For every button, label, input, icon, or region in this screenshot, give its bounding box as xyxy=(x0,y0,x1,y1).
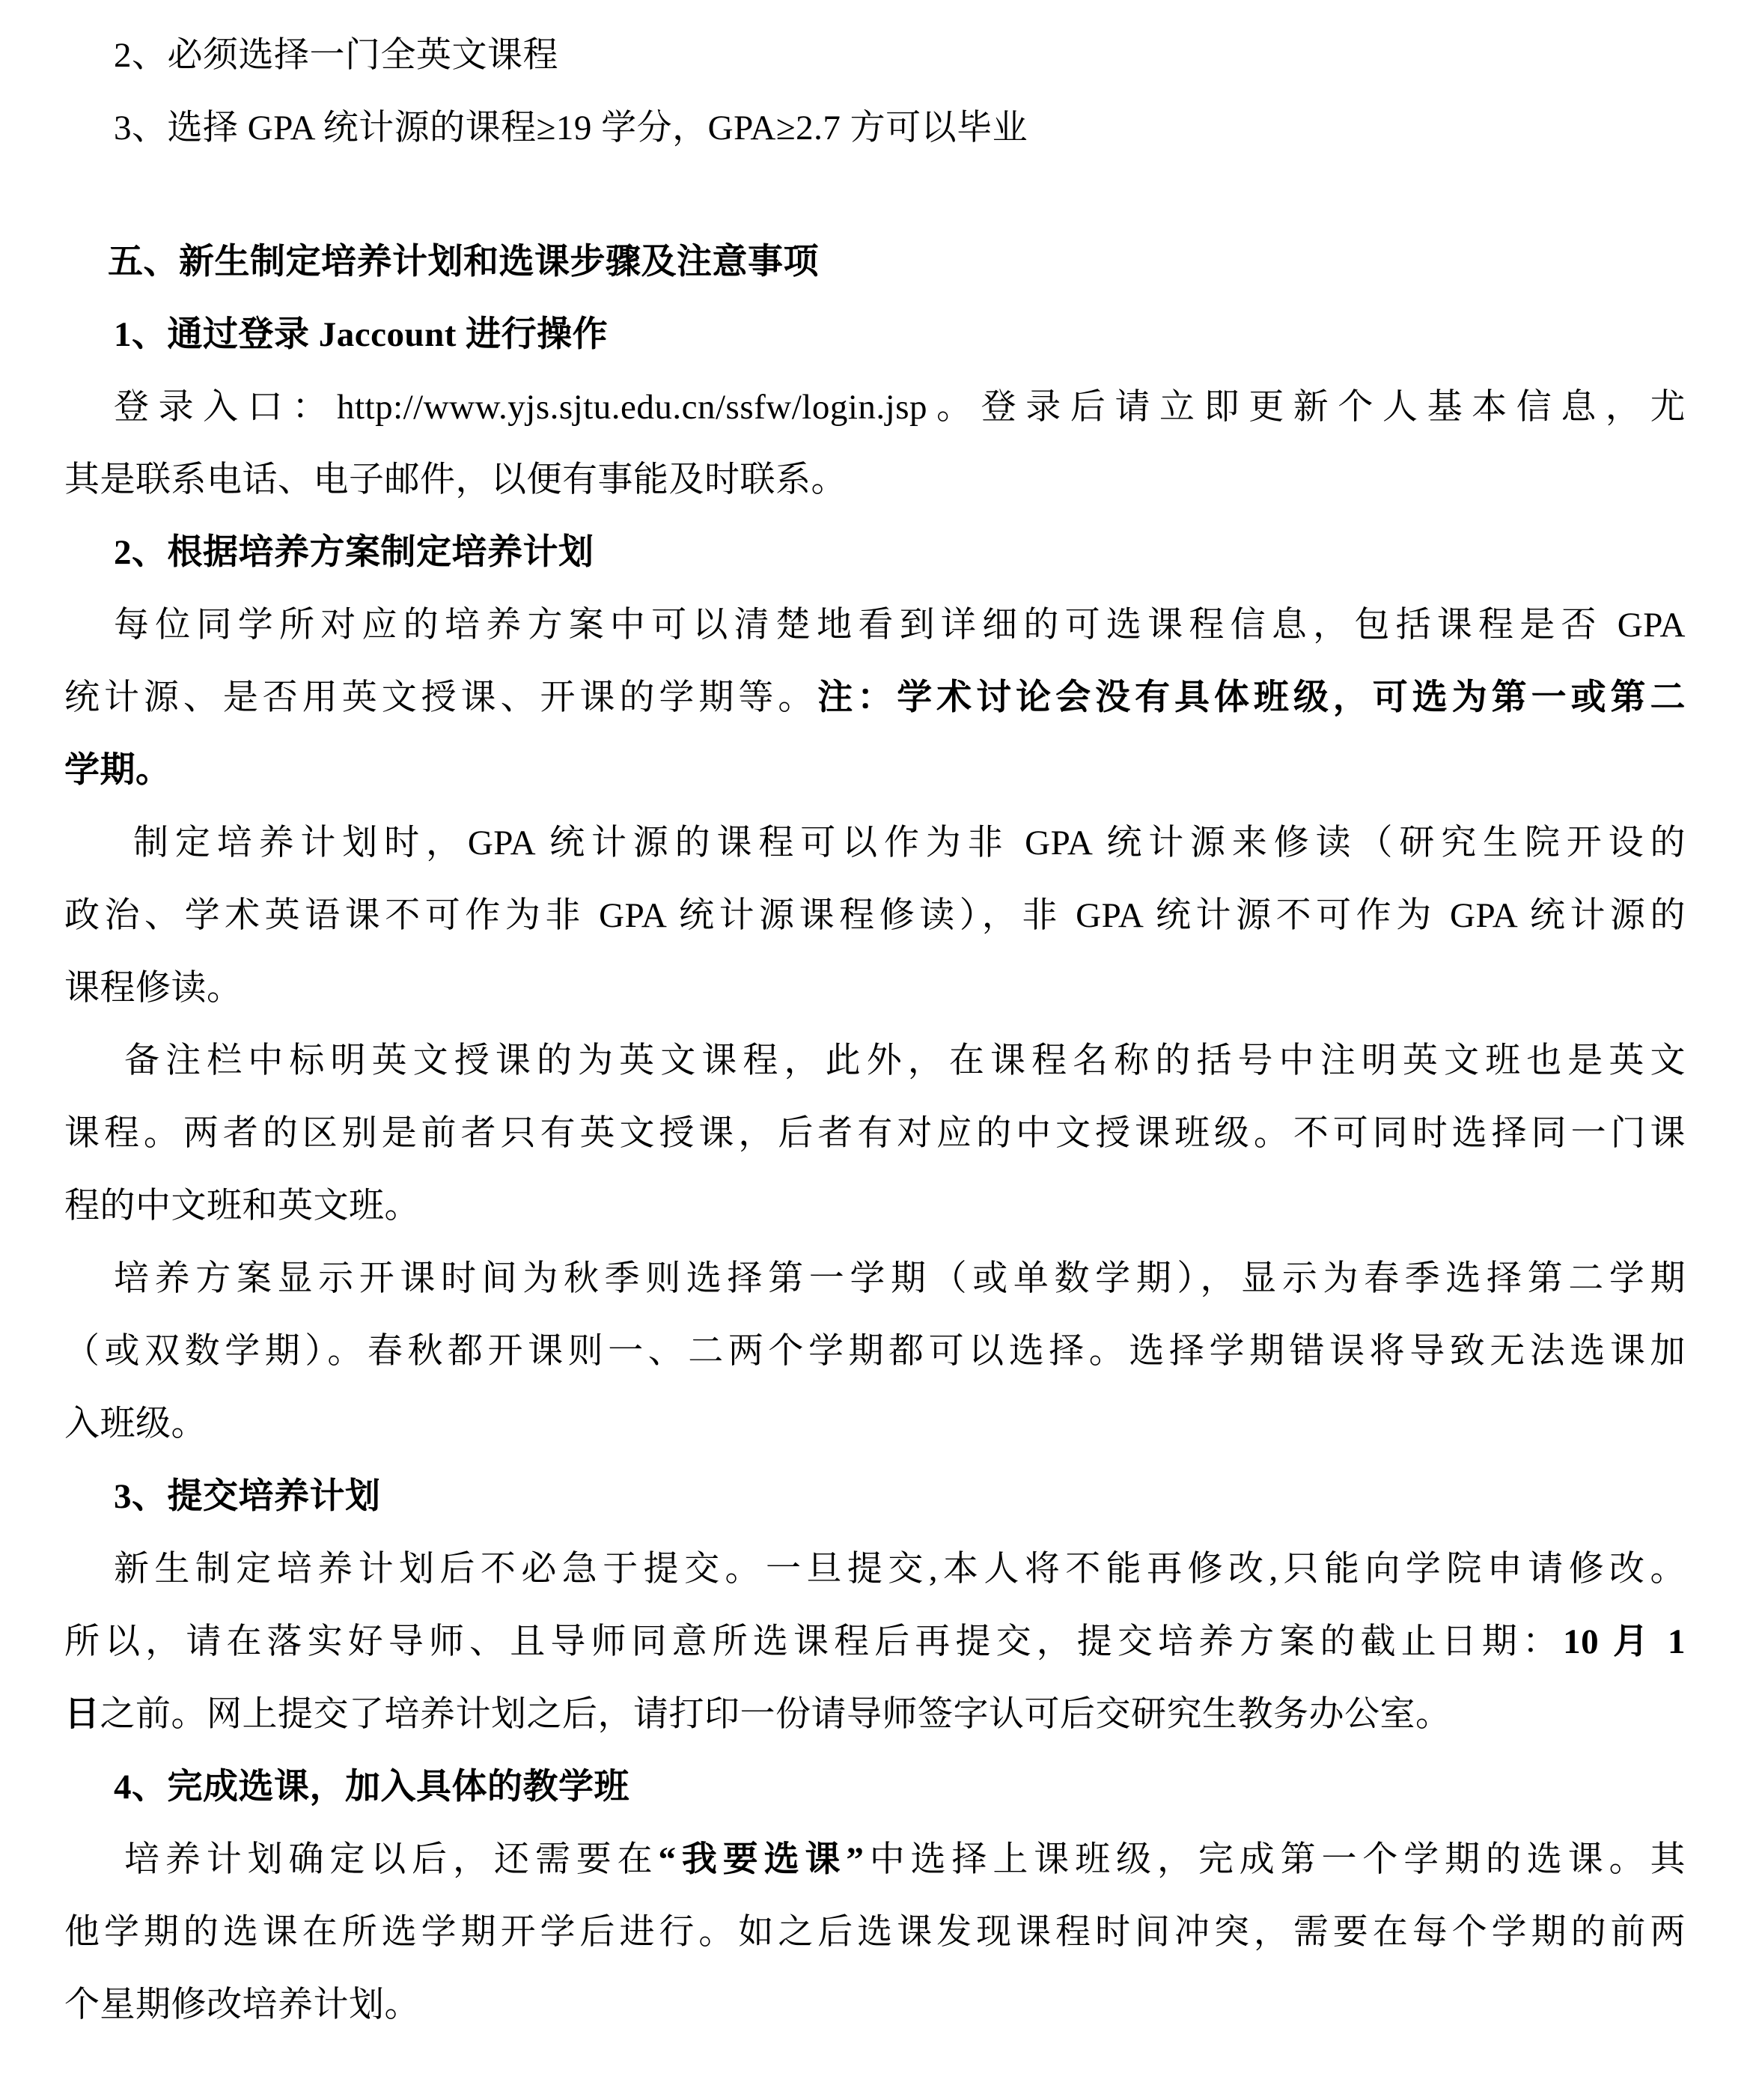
text-run: 4、完成选课，加入具体的教学班 xyxy=(114,1768,629,1807)
quoted-menu-name: “我要选课” xyxy=(658,1840,864,1879)
text-run: 个星期修改培养计划。 xyxy=(64,1985,420,2024)
text-run: （或双数学期）。春秋都开课则一、二两个学期都可以选择。选择学期错误将导致无法选课… xyxy=(64,1332,1686,1371)
text-run: 统计源、是否用英文授课、开课的学期等。 xyxy=(64,678,817,717)
text-run: 所以，请在落实好导师、且导师同意所选课程后再提交，提交培养方案的截止日期： xyxy=(64,1622,1563,1661)
text-run: 2、必须选择一门全英文课程 xyxy=(114,36,558,75)
para-login-line-1: 登录入口：http://www.yjs.sjtu.edu.cn/ssfw/log… xyxy=(64,371,1686,444)
text-run: 学期。 xyxy=(64,751,171,790)
text-run: 每位同学所对应的培养方案中可以清楚地看到详细的可选课程信息，包括课程是否 GPA xyxy=(114,606,1686,645)
para-gpa-line-3: 课程修读。 xyxy=(64,952,1686,1025)
deadline-date-continued: 日 xyxy=(64,1695,100,1734)
para-english-line-1: 备注栏中标明英文授课的为英文课程，此外，在课程名称的括号中注明英文班也是英文 xyxy=(64,1025,1686,1098)
text-run: 登录入口： xyxy=(114,388,337,427)
text-run: 中选择上课班级，完成第一个学期的选课。其 xyxy=(864,1840,1686,1879)
para-gpa-line-1: 制定培养计划时，GPA 统计源的课程可以作为非 GPA 统计源来修读（研究生院开… xyxy=(64,807,1686,880)
para-submit-line-2: 所以，请在落实好导师、且导师同意所选课程后再提交，提交培养方案的截止日期：10 … xyxy=(64,1606,1686,1679)
text-run: 入班级。 xyxy=(64,1404,207,1443)
heading-step-4: 4、完成选课，加入具体的教学班 xyxy=(64,1751,1686,1824)
text-run: 之前。网上提交了培养计划之后，请打印一份请导师签字认可后交研究生教务办公室。 xyxy=(100,1695,1451,1734)
para-semester-line-1: 培养方案显示开课时间为秋季则选择第一学期（或单数学期），显示为春季选择第二学期 xyxy=(64,1243,1686,1315)
document-page: 2、必须选择一门全英文课程 3、选择 GPA 统计源的课程≥19 学分，GPA≥… xyxy=(0,0,1750,2100)
para-plan-line-2: 统计源、是否用英文授课、开课的学期等。注：学术讨论会没有具体班级，可选为第一或第… xyxy=(64,662,1686,734)
text-run: 他学期的选课在所选学期开学后进行。如之后选课发现课程时间冲突，需要在每个学期的前… xyxy=(64,1913,1686,1952)
text-run: 1、通过登录 Jaccount 进行操作 xyxy=(114,315,608,354)
text-run: 3、提交培养计划 xyxy=(114,1477,381,1516)
para-semester-line-2: （或双数学期）。春秋都开课则一、二两个学期都可以选择。选择学期错误将导致无法选课… xyxy=(64,1315,1686,1388)
text-run: 。登录后请立即更新个人基本信息，尤 xyxy=(927,388,1686,427)
heading-section-5: 五、新生制定培养计划和选课步骤及注意事项 xyxy=(64,226,1686,299)
text-run: 五、新生制定培养计划和选课步骤及注意事项 xyxy=(108,243,819,281)
para-plan-line-1: 每位同学所对应的培养方案中可以清楚地看到详细的可选课程信息，包括课程是否 GPA xyxy=(64,589,1686,662)
para-login-line-2: 其是联系电话、电子邮件，以便有事能及时联系。 xyxy=(64,444,1686,517)
para-english-line-2: 课程。两者的区别是前者只有英文授课，后者有对应的中文授课班级。不可同时选择同一门… xyxy=(64,1098,1686,1170)
para-plan-line-3: 学期。 xyxy=(64,734,1686,807)
para-submit-line-3: 日之前。网上提交了培养计划之后，请打印一份请导师签字认可后交研究生教务办公室。 xyxy=(64,1679,1686,1751)
blank-line xyxy=(64,165,1686,226)
text-run: 2、根据培养方案制定培养计划 xyxy=(114,533,594,572)
heading-step-3: 3、提交培养计划 xyxy=(64,1461,1686,1533)
text-run: 制定培养计划时，GPA 统计源的课程可以作为非 GPA 统计源来修读（研究生院开… xyxy=(133,824,1686,862)
heading-step-1: 1、通过登录 Jaccount 进行操作 xyxy=(64,299,1686,371)
text-run: 培养计划确定以后，还需要在 xyxy=(124,1840,658,1879)
text-run: 新生制定培养计划后不必急于提交。一旦提交,本人将不能再修改,只能向学院申请修改。 xyxy=(114,1550,1686,1589)
text-run: 程的中文班和英文班。 xyxy=(64,1187,420,1226)
text-run: 其是联系电话、电子邮件，以便有事能及时联系。 xyxy=(64,460,847,499)
text-run: 课程修读。 xyxy=(64,969,243,1008)
para-gpa-line-2: 政治、学术英语课不可作为非 GPA 统计源课程修读），非 GPA 统计源不可作为… xyxy=(64,880,1686,952)
text-run: 备注栏中标明英文授课的为英文课程，此外，在课程名称的括号中注明英文班也是英文 xyxy=(124,1041,1686,1080)
list-item-3: 3、选择 GPA 统计源的课程≥19 学分，GPA≥2.7 方可以毕业 xyxy=(64,92,1686,165)
para-enroll-line-3: 个星期修改培养计划。 xyxy=(64,1969,1686,2042)
text-run: 3、选择 GPA 统计源的课程≥19 学分，GPA≥2.7 方可以毕业 xyxy=(114,109,1028,147)
para-submit-line-1: 新生制定培养计划后不必急于提交。一旦提交,本人将不能再修改,只能向学院申请修改。 xyxy=(64,1533,1686,1606)
heading-step-2: 2、根据培养方案制定培养计划 xyxy=(64,517,1686,589)
para-semester-line-3: 入班级。 xyxy=(64,1388,1686,1461)
list-item-2: 2、必须选择一门全英文课程 xyxy=(64,19,1686,92)
para-enroll-line-2: 他学期的选课在所选学期开学后进行。如之后选课发现课程时间冲突，需要在每个学期的前… xyxy=(64,1896,1686,1969)
para-english-line-3: 程的中文班和英文班。 xyxy=(64,1170,1686,1243)
para-enroll-line-1: 培养计划确定以后，还需要在“我要选课”中选择上课班级，完成第一个学期的选课。其 xyxy=(64,1824,1686,1896)
text-run: 培养方案显示开课时间为秋季则选择第一学期（或单数学期），显示为春季选择第二学期 xyxy=(114,1259,1686,1298)
deadline-date: 10 月 1 xyxy=(1563,1622,1686,1661)
note-bold-run: 注：学术讨论会没有具体班级，可选为第一或第二 xyxy=(817,678,1686,717)
text-run: 政治、学术英语课不可作为非 GPA 统计源课程修读），非 GPA 统计源不可作为… xyxy=(64,896,1686,935)
login-url: http://www.yjs.sjtu.edu.cn/ssfw/login.js… xyxy=(337,388,927,427)
text-run: 课程。两者的区别是前者只有英文授课，后者有对应的中文授课班级。不可同时选择同一门… xyxy=(64,1114,1686,1153)
